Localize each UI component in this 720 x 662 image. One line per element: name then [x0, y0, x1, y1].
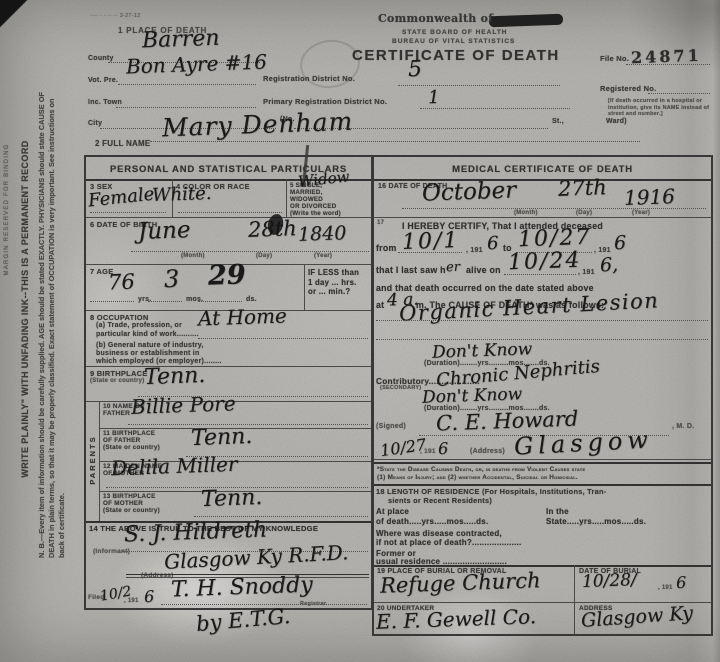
attended-from-year-digit: 6 [487, 233, 499, 254]
rule [374, 462, 711, 464]
filed-year-digit: 6 [144, 587, 155, 606]
dod-year-value: 1916 [624, 184, 676, 210]
bureau-line: BUREAU OF VITAL STATISTICS [392, 38, 515, 45]
rule [648, 93, 710, 94]
occupation-b2: business or establishment in [96, 350, 199, 357]
day-sublabel: (Day) [256, 253, 272, 259]
registered-no-label: Registered No. [600, 84, 656, 93]
reg-district-label: Registration District No. [263, 74, 355, 83]
rule [198, 301, 242, 302]
age-days-value: 29 [207, 259, 246, 291]
undertaker-value: E. F. Gewell Co. [376, 604, 537, 634]
year-sublabel: (Year) [314, 253, 332, 259]
md-label: , M. D. [672, 423, 694, 430]
rule [402, 208, 706, 209]
occupation-a1: (a) Trade, profession, or [96, 322, 182, 329]
last-saw-year-digit: 6, [600, 254, 619, 277]
state-name-stamp-blot [489, 14, 563, 28]
city-label: City [88, 120, 102, 127]
rule [286, 179, 287, 217]
rule [574, 565, 575, 634]
cause-footnote-line2: (1) Means of Injury; and (2) whether Acc… [377, 474, 578, 481]
certificate-title: CERTIFICATE OF DEATH [352, 47, 560, 64]
month-sublabel: (Month) [181, 253, 205, 259]
last-saw-label: that I last saw h [376, 265, 446, 275]
contracted-line2: if not at place of death?...............… [376, 538, 521, 547]
birthplace-value: Tenn. [144, 363, 206, 390]
faint-round-stamp [297, 36, 363, 92]
residence-label-line1: 18 LENGTH OF RESIDENCE (For Hospitals, I… [376, 487, 607, 496]
rule [304, 264, 305, 310]
rule [86, 217, 371, 218]
secondary-label: (SECONDARY) [380, 385, 421, 391]
attended-from-value: 10/1 [402, 228, 460, 255]
rule [374, 459, 711, 460]
day-sublabel: (Day) [576, 210, 592, 216]
rule [118, 84, 256, 85]
margin-write-plainly-note: WRITE PLAINLY" WITH UNFADING INK--THIS I… [20, 90, 30, 528]
contracted-line1: Where was disease contracted, [376, 529, 502, 538]
full-name-label: 2 FULL NAME [95, 139, 151, 148]
dod-month-value: October [422, 177, 517, 206]
rule [131, 251, 369, 252]
rule [198, 338, 368, 339]
ds-label: ds. [246, 296, 257, 303]
year-sublabel: (Year) [632, 210, 650, 216]
precinct-label: Vot. Pre. [88, 77, 118, 84]
county-value: Barren [142, 26, 220, 54]
margin-nb-note: N. B.—Every item of information should b… [37, 88, 79, 558]
certify-from-label: from [376, 243, 397, 253]
rule [374, 565, 711, 567]
form-print-code: ···· · · ·· ·· 3-27-12 [90, 13, 140, 19]
age-months-value: 3 [164, 265, 180, 294]
marital-value: Widow [297, 167, 350, 190]
mother-name-value: Delila Miller [111, 452, 238, 480]
file-no-label: File No. [600, 54, 629, 63]
year191-label: , 191 [420, 448, 436, 455]
hospital-note: [If death occurred in a hospital or inst… [608, 98, 712, 118]
city-ward-label: Ward) [606, 118, 627, 125]
reg-district-value: 5 [408, 57, 423, 82]
state-board-line: STATE BOARD OF HEALTH [402, 29, 508, 36]
informant-value: S. J. Hildreth [124, 518, 268, 548]
alive-on-label: alive on [466, 265, 501, 275]
age-years-value: 76 [108, 270, 136, 295]
burial-place-value: Refuge Church [380, 568, 541, 598]
rule [374, 217, 711, 218]
birthplace-label: 9 BIRTHPLACE [90, 369, 148, 378]
cause-footnote-line1: *State the Disease Causing Death, or, in… [377, 466, 585, 473]
physician-address-value: Glasgow [513, 425, 653, 460]
rule [86, 366, 371, 367]
parents-label: PARENTS [88, 401, 97, 519]
mother-birthplace-value: Tenn. [201, 485, 263, 512]
month-sublabel: (Month) [514, 210, 538, 216]
mother-birthplace-label: 13 BIRTHPLACE OF MOTHER (State or countr… [103, 493, 160, 514]
occupation-b1: (b) General nature of industry, [96, 342, 204, 349]
rule [376, 339, 708, 340]
precinct-value: Bon Ayre #16 [126, 50, 268, 79]
race-value: White. [152, 183, 212, 206]
last-saw-her: er [446, 260, 460, 275]
signed-address-label: (Address) [470, 448, 505, 455]
rule [374, 484, 711, 486]
rule [90, 212, 166, 213]
attended-to-year-digit: 6 [614, 232, 627, 254]
death-certificate-scan: MARGIN RESERVED FOR BINDING WRITE PLAINL… [0, 0, 720, 662]
at-place-label: At place [376, 507, 409, 516]
rule [398, 85, 560, 86]
rule [90, 301, 134, 302]
father-birthplace-value: Tenn. [191, 424, 253, 451]
year191-label: , 191 [466, 247, 483, 254]
rule [420, 108, 570, 109]
rule [150, 141, 640, 142]
dob-year-value: 1840 [298, 222, 347, 246]
year191-label: , 191 [578, 269, 595, 276]
rule [148, 301, 182, 302]
rule [374, 602, 711, 603]
at-label: at [376, 300, 384, 310]
in-the-label: In the [546, 507, 569, 516]
medical-section: MEDICAL CERTIFICATE OF DEATH 16 DATE OF … [372, 155, 713, 636]
inc-town-label: Inc. Town [88, 99, 122, 106]
rule [116, 107, 256, 108]
rule [504, 274, 576, 275]
filed-191-label: , 191 [124, 598, 139, 604]
county-label: County [88, 55, 114, 62]
year191-label: , 191 [658, 585, 673, 591]
last-saw-value: 10/24 [508, 248, 582, 276]
signed-year-digit: 6 [438, 439, 449, 458]
certify-number: 17 [377, 220, 384, 226]
residence-label-line2: sients or Recent Residents) [388, 496, 492, 505]
informant-address-value: Glasgow Ky R.F.D. [163, 540, 348, 574]
signed-label: (Signed) [376, 423, 406, 430]
rule [398, 252, 462, 253]
dod-day-value: 27th [558, 175, 607, 201]
margin-binding-note: MARGIN RESERVED FOR BINDING [4, 37, 10, 382]
primary-district-label: Primary Registration District No. [263, 97, 387, 106]
city-st-label: St., [552, 118, 564, 125]
commonwealth-line: Commonwealth of [378, 12, 493, 25]
burial-date-value: 10/28/ [582, 570, 637, 592]
father-name-value: Billie Pore [131, 391, 236, 419]
birthplace-sublabel: (State or country) [90, 378, 145, 384]
occupation-label: 8 OCCUPATION [90, 313, 149, 322]
dark-corner [0, 0, 40, 30]
father-birthplace-label: 11 BIRTHPLACE OF FATHER (State or countr… [103, 430, 160, 451]
rule [376, 320, 708, 321]
if-less-note: IF LESS than 1 day ... hrs. or ... min.? [308, 268, 359, 297]
at-place-line: of death.....yrs.....mos.....ds. [376, 517, 488, 526]
rule [194, 516, 368, 517]
rule [178, 212, 282, 213]
in-state-line: State.....yrs.....mos.....ds. [546, 517, 646, 526]
occupation-value: At Home [198, 303, 288, 330]
rule [626, 64, 710, 65]
rule [161, 604, 367, 605]
medical-section-title: MEDICAL CERTIFICATE OF DEATH [452, 164, 633, 175]
burial-year-digit: 6 [676, 573, 687, 592]
registrar-signature: T. H. Snoddy [171, 573, 313, 603]
full-name-value: Mary Denham [162, 107, 354, 143]
primary-district-value: 1 [428, 87, 440, 108]
occupation-a2: particular kind of work.......... [96, 331, 199, 338]
personal-section: PERSONAL AND STATISTICAL PARTICULARS 3 S… [84, 155, 373, 610]
year191-label: , 191 [594, 247, 611, 254]
dob-month-value: June [138, 217, 191, 245]
